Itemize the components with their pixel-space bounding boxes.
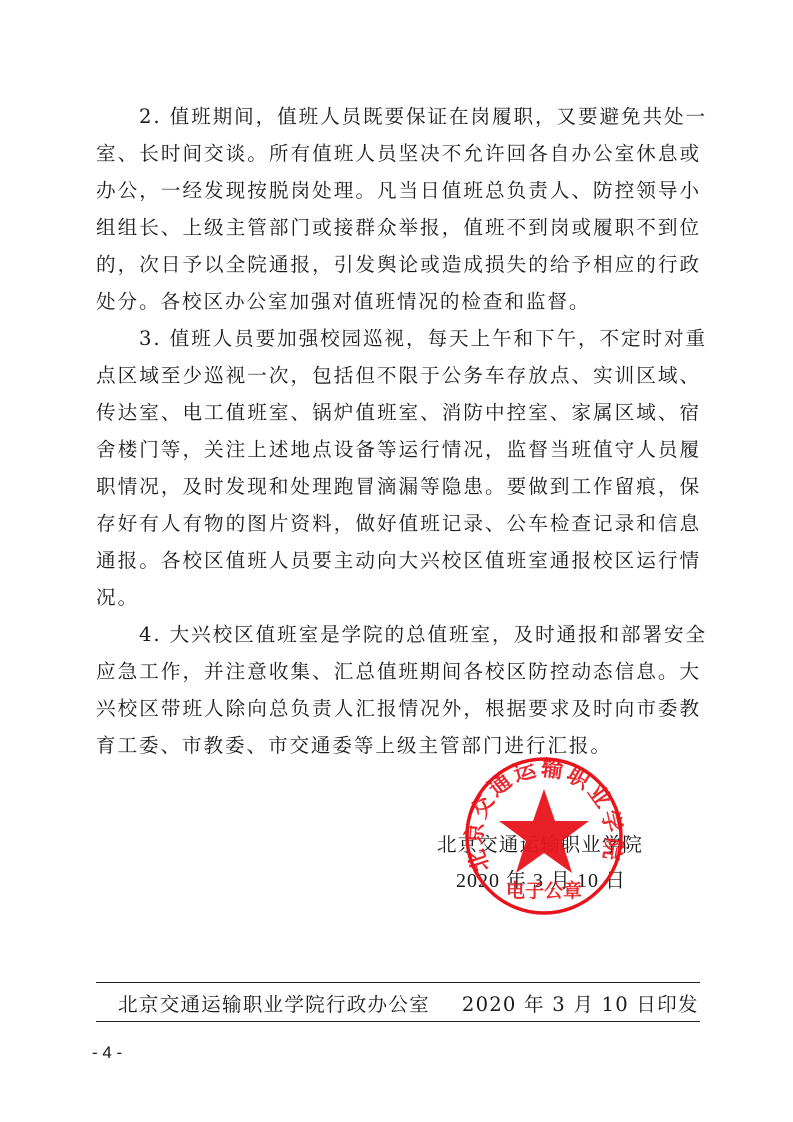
text-line: 的，次日予以全院通报，引发舆论或造成损失的给予相应的行政 <box>96 246 701 283</box>
text-line: 处分。各校区办公室加强对值班情况的检查和监督。 <box>96 283 701 320</box>
text-line: 况。 <box>96 579 701 616</box>
footer-issue-date: 2020 年 3 月 10 日印发 <box>462 993 699 1016</box>
text-line: 2. 值班期间，值班人员既要保证在岗履职，又要避免共处一 <box>96 98 701 135</box>
text-line: 4. 大兴校区值班室是学院的总值班室，及时通报和部署安全 <box>96 616 701 653</box>
footer-issuer: 北京交通运输职业学院行政办公室 <box>118 993 430 1016</box>
page-number: - 4 - <box>92 1043 122 1063</box>
text-line: 存好有人有物的图片资料，做好值班记录、公车检查记录和信息 <box>96 505 701 542</box>
seal-star-icon <box>499 789 589 873</box>
text-line: 室、长时间交谈。所有值班人员坚决不允许回各自办公室休息或 <box>96 135 701 172</box>
footer-bottom-rule <box>96 1021 700 1022</box>
text-line: 3. 值班人员要加强校园巡视，每天上午和下午，不定时对重 <box>96 320 701 357</box>
seal-center-label: 电子公章 <box>506 879 582 902</box>
footer-issuer-line: 北京交通运输职业学院行政办公室2020 年 3 月 10 日印发 <box>118 988 699 1017</box>
paragraph-item-4: 4. 大兴校区值班室是学院的总值班室，及时通报和部署安全 应急工作，并注意收集、… <box>96 616 701 764</box>
text-line: 职情况，及时发现和处理跑冒滴漏等隐患。要做到工作留痕，保 <box>96 468 701 505</box>
text-line: 点区域至少巡视一次，包括但不限于公务车存放点、实训区域、 <box>96 357 701 394</box>
paragraph-item-2: 2. 值班期间，值班人员既要保证在岗履职，又要避免共处一 室、长时间交谈。所有值… <box>96 98 701 320</box>
text-line: 应急工作，并注意收集、汇总值班期间各校区防控动态信息。大 <box>96 653 701 690</box>
text-line: 传达室、电工值班室、锅炉值班室、消防中控室、家属区域、宿 <box>96 394 701 431</box>
footer-top-rule <box>96 982 700 983</box>
text-line: 舍楼门等，关注上述地点设备等运行情况，监督当班值守人员履 <box>96 431 701 468</box>
text-line: 办公，一经发现按脱岗处理。凡当日值班总负责人、防控领导小 <box>96 172 701 209</box>
text-line: 组组长、上级主管部门或接群众举报，值班不到岗或履职不到位 <box>96 209 701 246</box>
text-line: 通报。各校区值班人员要主动向大兴校区值班室通报校区运行情 <box>96 542 701 579</box>
text-line: 兴校区带班人除向总负责人汇报情况外，根据要求及时向市委教 <box>96 690 701 727</box>
paragraph-item-3: 3. 值班人员要加强校园巡视，每天上午和下午，不定时对重 点区域至少巡视一次，包… <box>96 320 701 616</box>
official-seal-stamp: 北京交通运输职业学院 电子公章 <box>463 755 625 917</box>
